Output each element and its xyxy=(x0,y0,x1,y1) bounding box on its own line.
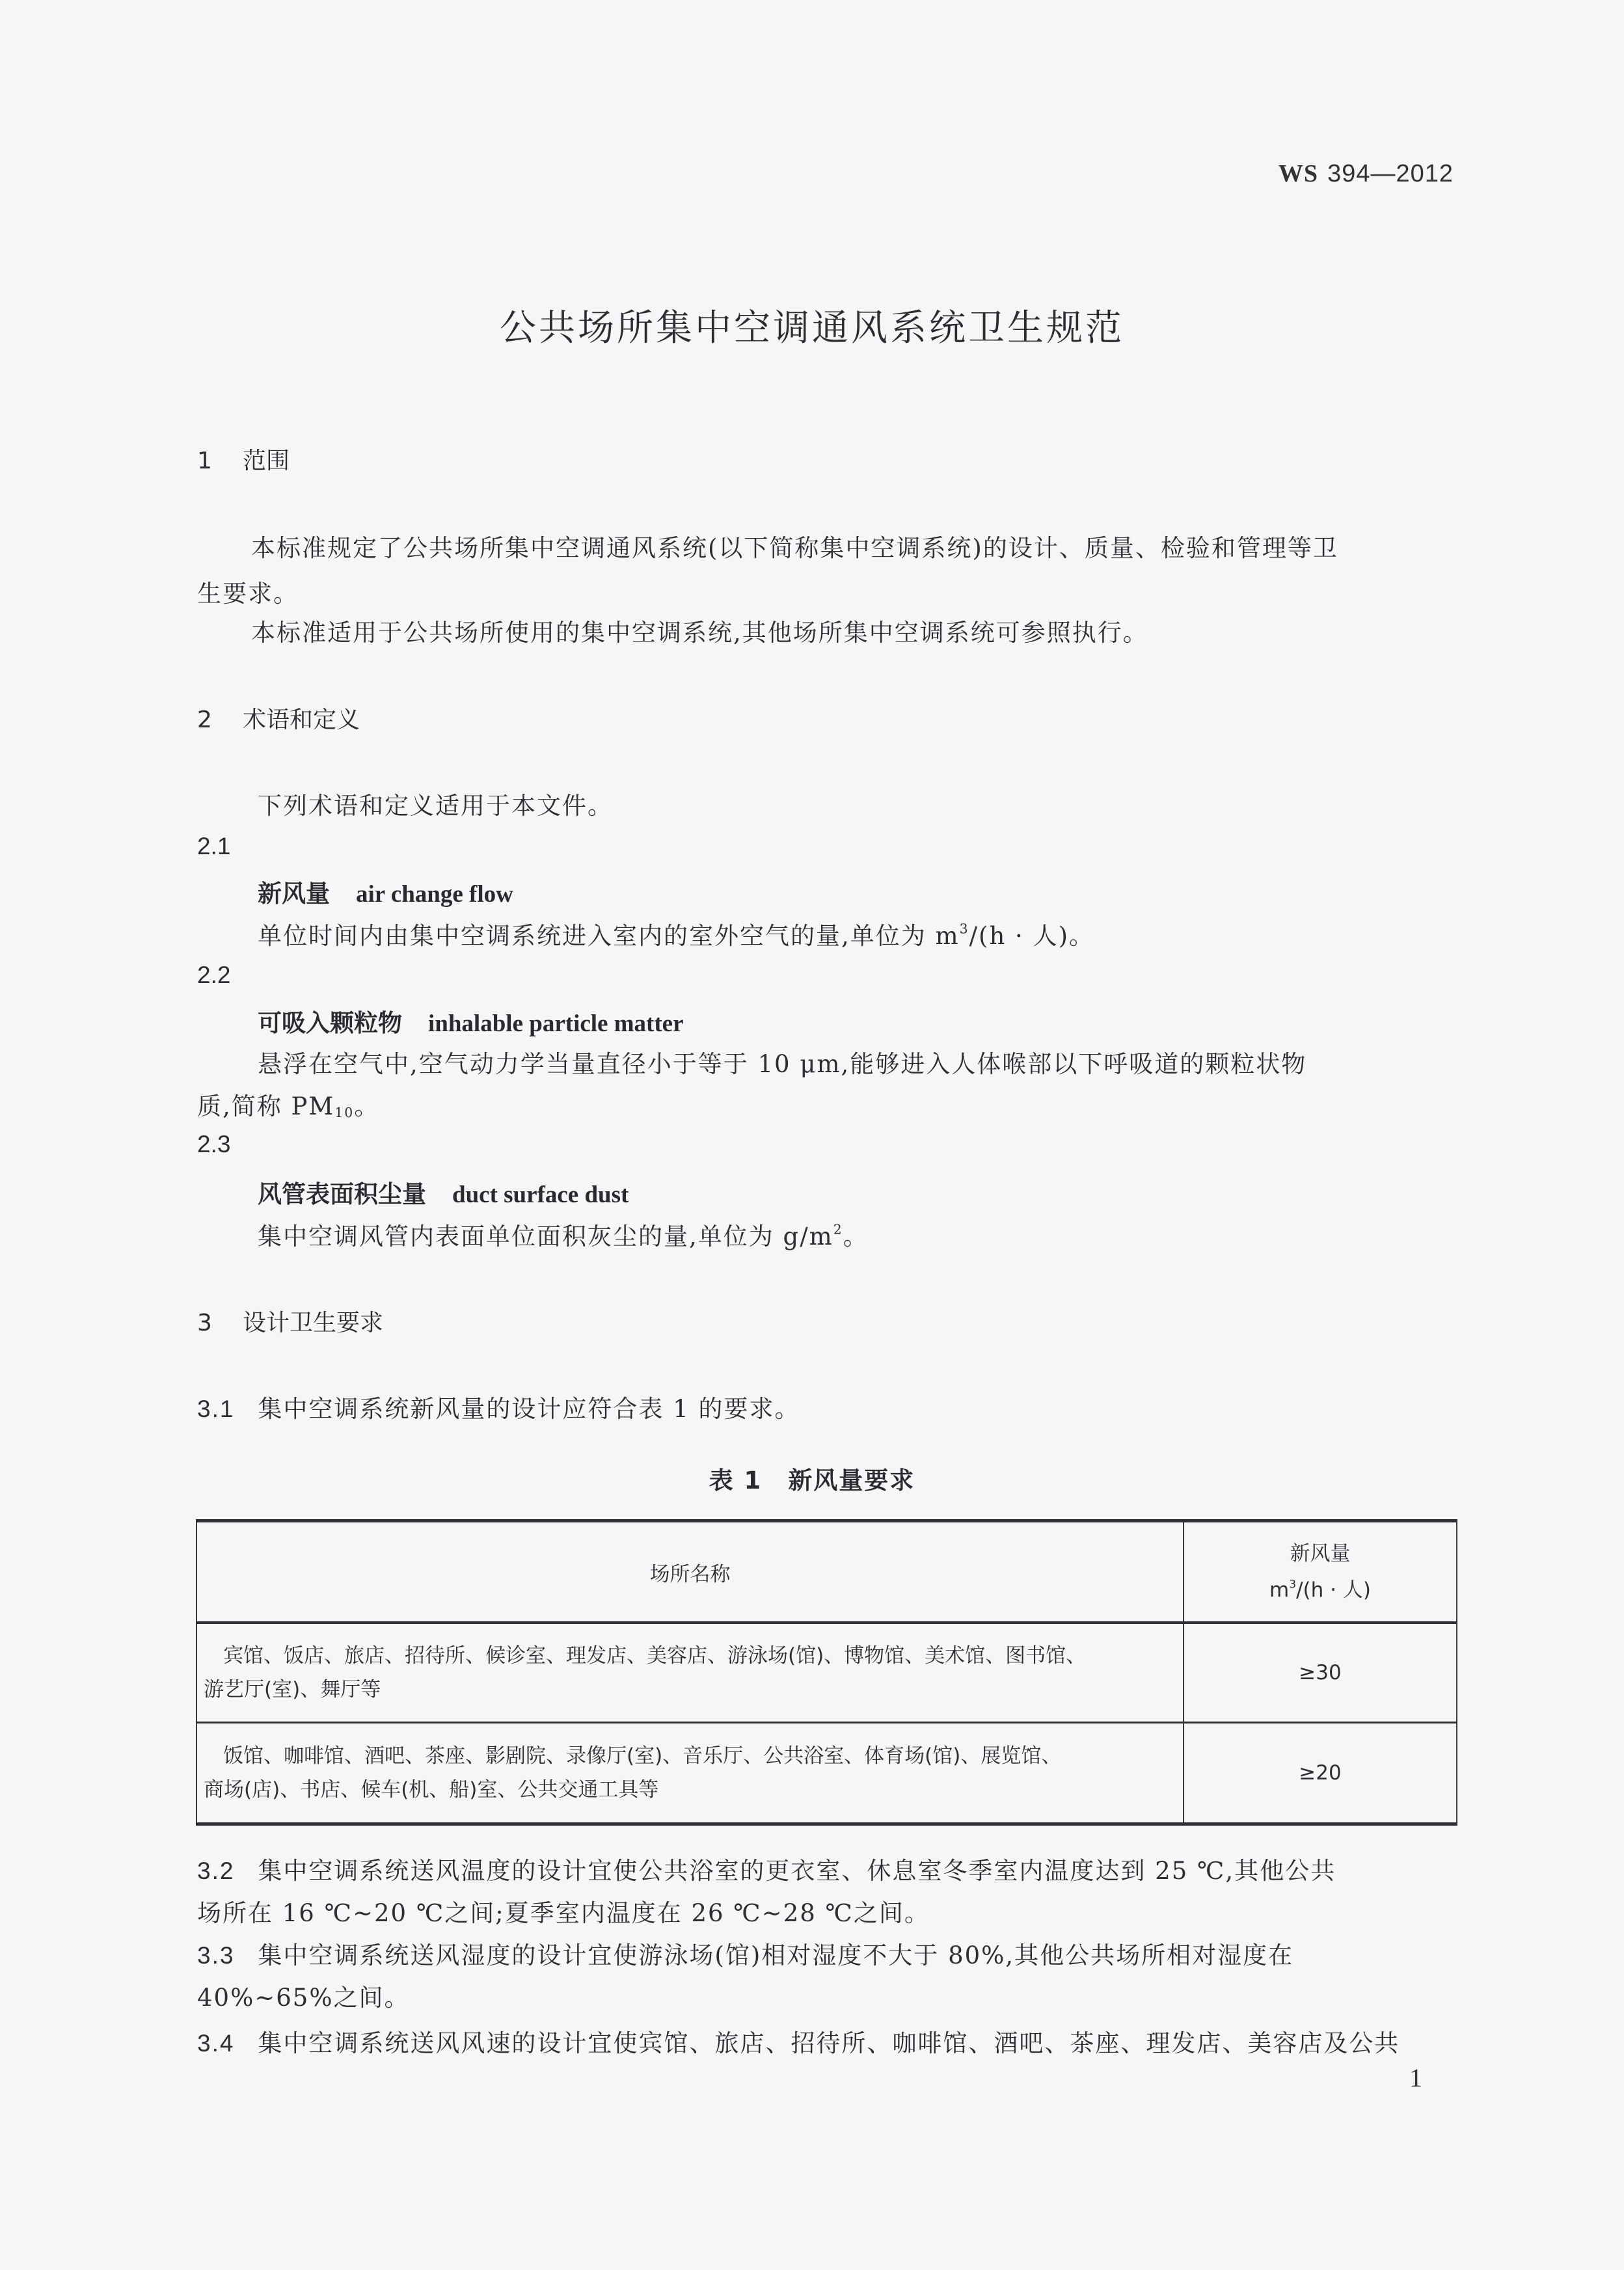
document-title: 公共场所集中空调通风系统卫生规范 xyxy=(0,299,1624,351)
section-number: 2 xyxy=(197,707,243,733)
unit-text: m xyxy=(1269,1578,1289,1602)
place-names-cell: 饭馆、咖啡馆、酒吧、茶座、影剧院、录像厅(室)、音乐厅、公共浴室、体育场(馆)、… xyxy=(196,1723,1184,1824)
definition-text: 集中空调风管内表面单位面积灰尘的量,单位为 g/m xyxy=(258,1223,833,1250)
definition-suffix: /(h · 人)。 xyxy=(969,922,1094,950)
term-zh: 风管表面积尘量 xyxy=(258,1180,426,1208)
header-fresh-air-unit: m3/(h · 人) xyxy=(1185,1572,1455,1608)
subscript: 10 xyxy=(334,1105,354,1120)
clause-3-2-line1: 3.2集中空调系统送风温度的设计宜使公共浴室的更衣室、休息室冬季室内温度达到 2… xyxy=(197,1851,1336,1886)
term-en: air change flow xyxy=(356,881,513,908)
clause-text: 集中空调系统新风量的设计应符合表 1 的要求。 xyxy=(258,1395,800,1423)
clause-text: 集中空调系统送风温度的设计宜使公共浴室的更衣室、休息室冬季室内温度达到 25 ℃… xyxy=(258,1857,1336,1885)
term-zh: 新风量 xyxy=(258,880,330,908)
place-names-line1: 饭馆、咖啡馆、酒吧、茶座、影剧院、录像厅(室)、音乐厅、公共浴室、体育场(馆)、… xyxy=(223,1744,1061,1768)
clause-text: 集中空调系统送风风速的设计宜使宾馆、旅店、招待所、咖啡馆、酒吧、茶座、理发店、美… xyxy=(258,2029,1400,2057)
term-2-2-definition-line1: 悬浮在空气中,空气动力学当量直径小于等于 10 μm,能够进入人体喉部以下呼吸道… xyxy=(258,1044,1306,1079)
standard-number: WS394—2012 xyxy=(1279,159,1454,188)
definition-suffix: 。 xyxy=(354,1092,379,1120)
table-row: 饭馆、咖啡馆、酒吧、茶座、影剧院、录像厅(室)、音乐厅、公共浴室、体育场(馆)、… xyxy=(196,1723,1457,1824)
s2-intro: 下列术语和定义适用于本文件。 xyxy=(258,786,613,821)
clause-number: 3.2 xyxy=(197,1858,234,1884)
clause-number: 3.3 xyxy=(197,1942,234,1969)
clause-3-3-line1: 3.3集中空调系统送风湿度的设计宜使游泳场(馆)相对湿度不大于 80%,其他公共… xyxy=(197,1936,1293,1971)
term-2-3-number: 2.3 xyxy=(197,1131,230,1158)
superscript: 3 xyxy=(1289,1578,1296,1591)
term-2-1-definition: 单位时间内由集中空调系统进入室内的室外空气的量,单位为 m3/(h · 人)。 xyxy=(258,916,1094,951)
section-2-heading: 2术语和定义 xyxy=(197,701,360,735)
definition-text: 单位时间内由集中空调系统进入室内的室外空气的量,单位为 m xyxy=(258,922,960,950)
section-number: 3 xyxy=(197,1310,243,1336)
section-1-heading: 1范围 xyxy=(197,442,290,476)
s1-para2: 本标准适用于公共场所使用的集中空调系统,其他场所集中空调系统可参照执行。 xyxy=(251,613,1148,648)
header-fresh-air-label: 新风量 xyxy=(1185,1535,1455,1572)
document-page: WS394—2012 公共场所集中空调通风系统卫生规范 1范围 本标准规定了公共… xyxy=(0,0,1624,2270)
term-2-3-definition: 集中空调风管内表面单位面积灰尘的量,单位为 g/m2。 xyxy=(258,1217,869,1252)
place-names-line2: 商场(店)、书店、候车(机、船)室、公共交通工具等 xyxy=(204,1778,658,1802)
clause-3-2-line2: 场所在 16 ℃~20 ℃之间;夏季室内温度在 26 ℃~28 ℃之间。 xyxy=(197,1893,930,1928)
standard-code: 394—2012 xyxy=(1327,160,1454,187)
term-zh: 可吸入颗粒物 xyxy=(258,1009,402,1037)
superscript: 2 xyxy=(833,1222,843,1237)
fresh-air-requirements-table: 场所名称 新风量 m3/(h · 人) 宾馆、饭店、旅店、招待所、候诊室、理发店… xyxy=(196,1519,1457,1826)
place-names-line2: 游艺厅(室)、舞厅等 xyxy=(204,1678,381,1701)
s1-para1-line1: 本标准规定了公共场所集中空调通风系统(以下简称集中空调系统)的设计、质量、检验和… xyxy=(251,528,1338,563)
header-fresh-air: 新风量 m3/(h · 人) xyxy=(1184,1521,1457,1623)
section-title: 设计卫生要求 xyxy=(243,1310,383,1336)
term-2-1-title: 新风量air change flow xyxy=(258,874,513,909)
table-number: 表 1 xyxy=(709,1466,763,1494)
standard-prefix: WS xyxy=(1279,160,1318,187)
term-2-2-title: 可吸入颗粒物inhalable particle matter xyxy=(258,1003,684,1038)
unit-suffix: /(h · 人) xyxy=(1296,1578,1371,1602)
table-row: 宾馆、饭店、旅店、招待所、候诊室、理发店、美容店、游泳场(馆)、博物馆、美术馆、… xyxy=(196,1623,1457,1723)
term-en: duct surface dust xyxy=(452,1182,629,1208)
fresh-air-value-cell: ≥20 xyxy=(1184,1723,1457,1824)
term-2-1-number: 2.1 xyxy=(197,833,230,860)
section-number: 1 xyxy=(197,448,243,474)
section-3-heading: 3设计卫生要求 xyxy=(197,1304,383,1338)
page-number: 1 xyxy=(1409,2062,1422,2093)
term-2-2-number: 2.2 xyxy=(197,962,230,989)
fresh-air-value-cell: ≥30 xyxy=(1184,1623,1457,1723)
clause-3-1: 3.1集中空调系统新风量的设计应符合表 1 的要求。 xyxy=(197,1389,800,1424)
clause-text: 集中空调系统送风湿度的设计宜使游泳场(馆)相对湿度不大于 80%,其他公共场所相… xyxy=(258,1941,1293,1969)
place-names-cell: 宾馆、饭店、旅店、招待所、候诊室、理发店、美容店、游泳场(馆)、博物馆、美术馆、… xyxy=(196,1623,1184,1723)
table-title: 新风量要求 xyxy=(788,1466,915,1494)
header-place-name: 场所名称 xyxy=(196,1521,1184,1623)
clause-number: 3.4 xyxy=(197,2030,234,2057)
term-2-2-definition-line2: 质,简称 PM10。 xyxy=(197,1087,379,1122)
place-names-line1: 宾馆、饭店、旅店、招待所、候诊室、理发店、美容店、游泳场(馆)、博物馆、美术馆、… xyxy=(223,1644,1086,1668)
s1-para1-line2: 生要求。 xyxy=(197,574,299,609)
superscript: 3 xyxy=(960,921,969,937)
definition-text: 质,简称 PM xyxy=(197,1092,334,1120)
clause-3-3-line2: 40%~65%之间。 xyxy=(197,1978,409,2013)
clause-number: 3.1 xyxy=(197,1396,234,1422)
term-2-3-title: 风管表面积尘量duct surface dust xyxy=(258,1174,629,1209)
table-caption: 表 1新风量要求 xyxy=(0,1461,1624,1496)
table-header-row: 场所名称 新风量 m3/(h · 人) xyxy=(196,1521,1457,1623)
definition-suffix: 。 xyxy=(843,1223,869,1250)
section-title: 术语和定义 xyxy=(243,707,360,733)
clause-3-4-line1: 3.4集中空调系统送风风速的设计宜使宾馆、旅店、招待所、咖啡馆、酒吧、茶座、理发… xyxy=(197,2023,1400,2059)
term-en: inhalable particle matter xyxy=(428,1010,684,1037)
section-title: 范围 xyxy=(243,448,290,474)
